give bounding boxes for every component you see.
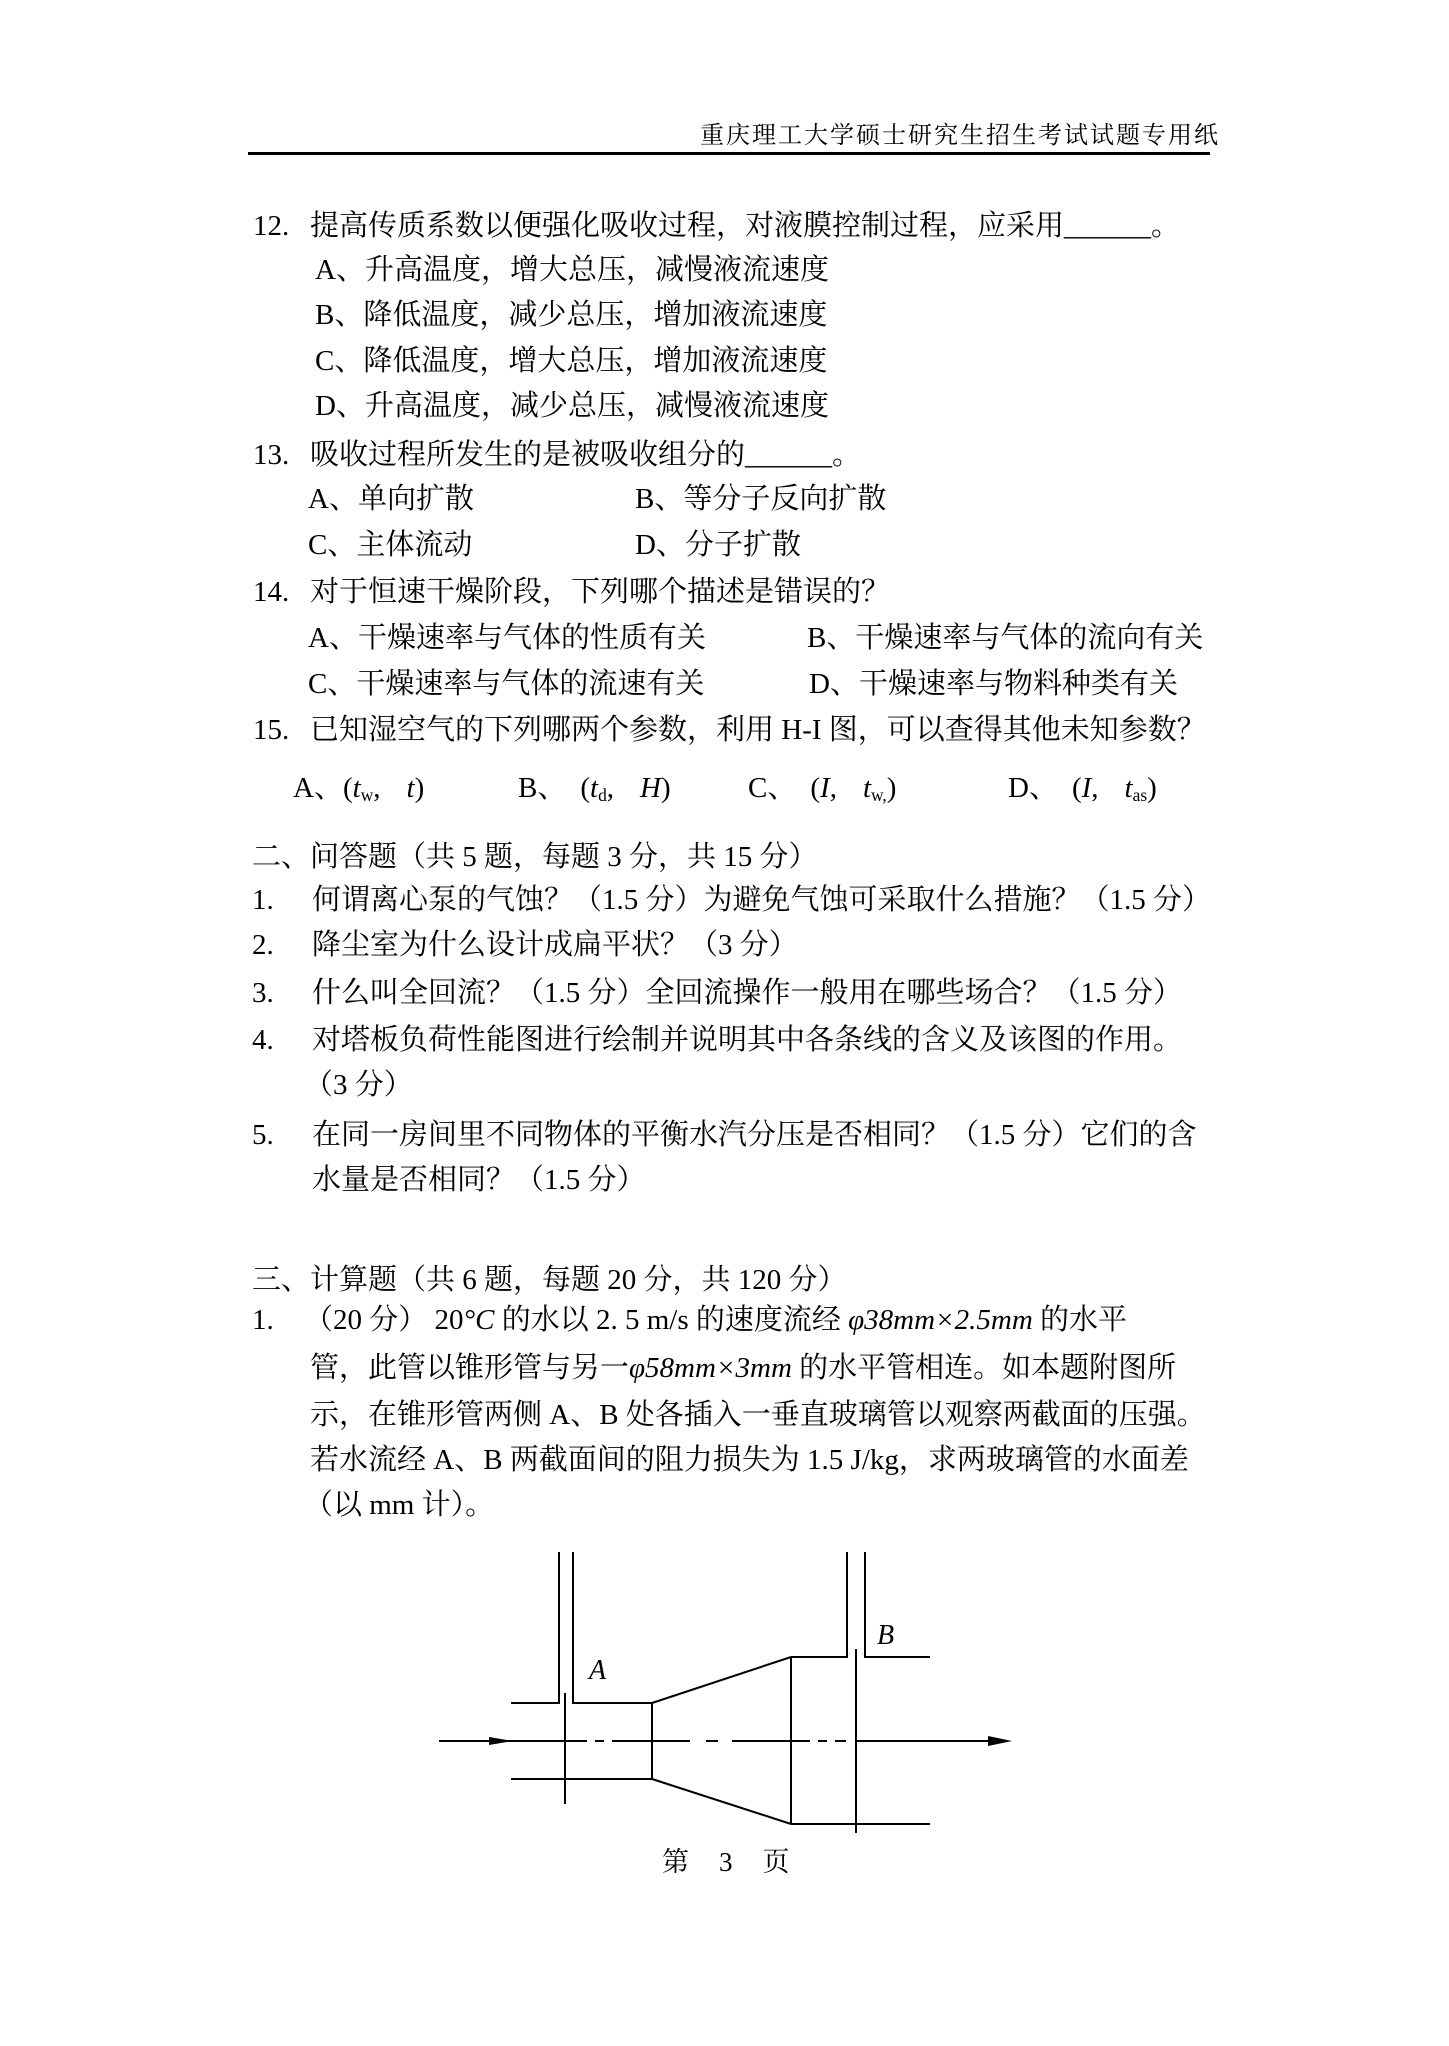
section-label-a: A [589, 1655, 606, 1687]
flow-arrow-out-icon [988, 1736, 1012, 1746]
reducer-pipe-diagram [0, 0, 1449, 2046]
page-footer: 第3页 [662, 1845, 790, 1879]
flow-arrow-in-icon [489, 1737, 513, 1745]
page-prefix: 第 [662, 1845, 689, 1879]
page-number: 3 [719, 1845, 733, 1879]
section-label-b: B [877, 1620, 894, 1652]
page-suffix: 页 [763, 1845, 790, 1879]
